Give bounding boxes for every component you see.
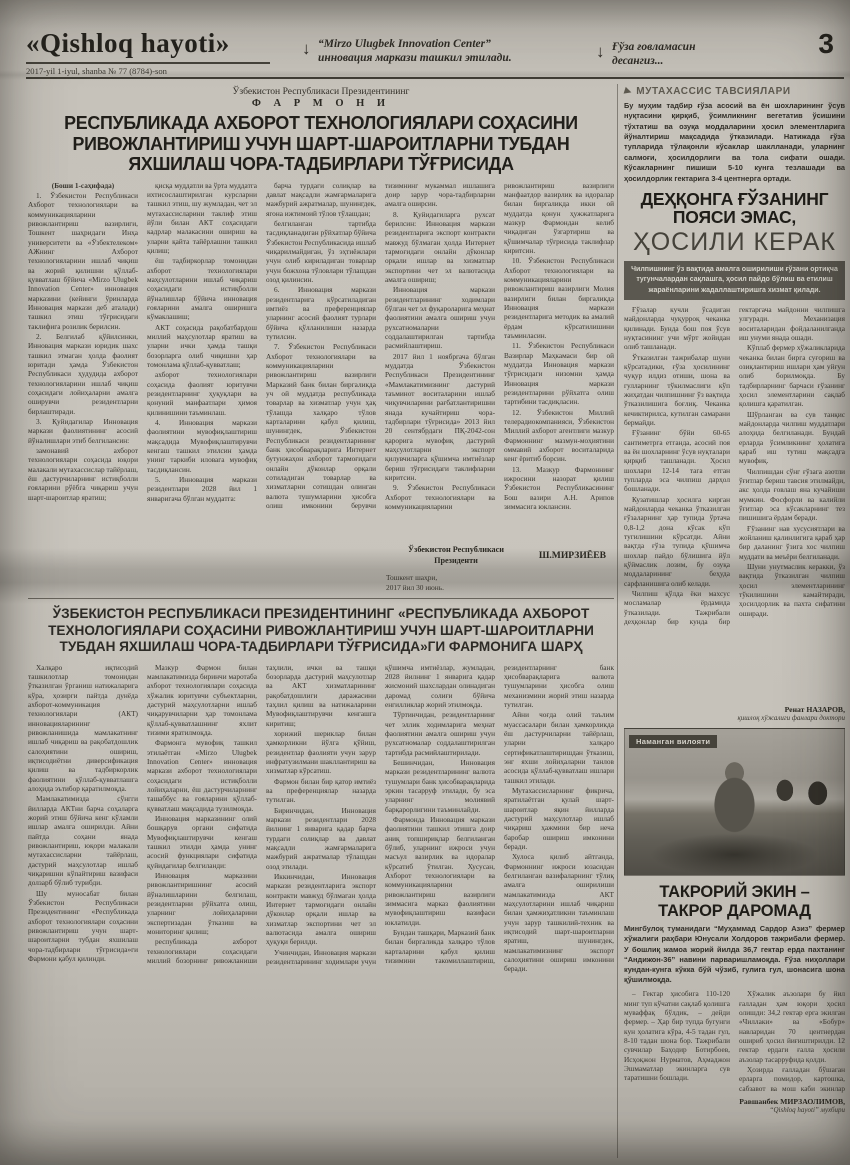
repeat-crop-byline: Равшанбек МИРЗАОЛИМОВ, “Qishloq hayoti” …	[624, 1097, 845, 1114]
teaser-line: “Mirzo Ulugbek Innovation Center”	[318, 37, 588, 51]
issue-dateline: 2017-yil 1-iyul, shanba № 77 (8784)-son	[26, 66, 288, 76]
body-paragraph: 2017 йил 1 ноябргача бўлган муддатда Ўзб…	[385, 352, 495, 483]
body-paragraph: белгиланган тартибда тасдиқланадиган рўй…	[266, 219, 376, 284]
body-paragraph: Тўртинчидан, резидентларнинг чет эллик х…	[385, 710, 495, 757]
body-paragraph: Кузатишлар ҳосилга кирган майдонларда че…	[624, 495, 730, 588]
body-paragraph: 5. Инновация маркази резидентлари 2028 й…	[147, 475, 257, 503]
decree-kicker: Ўзбекистон Республикаси Президентининг	[28, 86, 614, 97]
body-paragraph: – Гектар ҳисобига 110-120 минг туп кўчат…	[624, 989, 730, 1082]
body-paragraph: 2. Белгилаб қўйилсинки, Инновация марказ…	[28, 332, 138, 416]
body-paragraph: Биринчидан, Инновация маркази резидентла…	[266, 806, 376, 871]
advice-headline: ДЕҲҚОНГА ҒЎЗАНИНГ ПОЯСИ ЭМАС,	[624, 190, 845, 227]
byline-title: “Qishloq hayoti” мухбири	[624, 1106, 845, 1114]
advice-headline-line: ПОЯСИ ЭМАС,	[624, 208, 845, 226]
body-paragraph: Ғўзанинг нав хусусиятлари ва жойланиш қа…	[739, 524, 845, 561]
advice-byline: Ренат НАЗАРОВ, қишлоқ хўжалиги фанлари д…	[624, 705, 845, 722]
body-paragraph: қисқа муддатли ва ўрта муддатга ихтисосл…	[147, 181, 257, 256]
commentary-article: ЎЗБЕКИСТОН РЕСПУБЛИКАСИ ПРЕЗИДЕНТИНИНГ «…	[28, 598, 614, 1161]
decree-article: Ўзбекистон Республикаси Президентининг Ф…	[28, 84, 614, 598]
photo-cotton-field: Наманган вилояти	[624, 728, 845, 876]
body-paragraph: 8. Қуйидагиларга рухсат берилсин: Иннова…	[385, 210, 495, 285]
body-paragraph: Мазкур Фармон билан мамлакатимизда бирин…	[147, 663, 257, 738]
teaser-innovation-center: ↓ “Mirzo Ulugbek Innovation Center” инно…	[318, 37, 588, 66]
body-paragraph: Мамлакатимизда сўнгги йилларда АКТни бар…	[28, 794, 138, 887]
body-paragraph: замонавий ахборот технологиялари соҳасид…	[28, 446, 138, 502]
signature-title-line: Ўзбекистон Республикаси	[380, 544, 532, 555]
body-paragraph: Хулоса қилиб айтганда, Фармоннинг ижроси…	[504, 852, 614, 973]
signature-title: Ўзбекистон Республикаси Президенти	[380, 544, 532, 566]
repeat-crop-columns: – Гектар ҳисобига 110-120 минг туп кўчат…	[624, 989, 845, 1095]
body-paragraph: Халқаро иқтисодий ташкилотлар томонидан …	[28, 663, 138, 794]
advice-headline-emphasis: ҲОСИЛИ КЕРАК	[624, 228, 845, 257]
body-paragraph: Ўтказилган тажрибалар шуни кўрсатадики, …	[624, 353, 730, 428]
header-rule	[26, 77, 844, 79]
byline-name: Равшанбек МИРЗАОЛИМОВ,	[624, 1097, 845, 1106]
photo-region-badge: Наманган вилояти	[629, 735, 717, 748]
body-paragraph: Кўплаб фермер хўжаликларида чеканка била…	[739, 343, 845, 408]
arrow-icon: ▶	[623, 86, 633, 97]
teaser-line: десангиз...	[612, 54, 762, 68]
body-paragraph: ахборот технологиялари соҳасида фаолият …	[147, 370, 257, 417]
advice-lede: Бу муҳим тадбир ғўза асосий ва ён шохлар…	[624, 101, 845, 184]
repeat-crop-headline: ТАКРОРИЙ ЭКИН – ТАКРОР ДАРОМАД	[624, 883, 845, 920]
teaser-cotton: ↓ Ғўза ғовламасин десангиз...	[612, 40, 762, 69]
signature-place-date: Тошкент шаҳри, 2017 йил 30 июнь.	[386, 573, 444, 592]
signature-title-line: Президенти	[380, 555, 532, 566]
commentary-headline: ЎЗБЕКИСТОН РЕСПУБЛИКАСИ ПРЕЗИДЕНТИНИНГ «…	[43, 606, 599, 656]
sidebar: ▶ МУТАХАССИС ТАВСИЯЛАРИ Бу муҳим тадбир …	[624, 86, 845, 1114]
body-paragraph: 3. Қуйидагилар Инновация маркази фаолият…	[28, 417, 138, 445]
body-paragraph: ёш тадбиркорлар томонидан ахборот технол…	[147, 256, 257, 321]
body-paragraph: Шу муносабат билан Ўзбекистон Республика…	[28, 889, 138, 964]
signature-place: Тошкент шаҳри,	[386, 573, 444, 583]
body-paragraph: (Боши 1-саҳифада)	[28, 181, 138, 190]
body-paragraph: Айни чоғда олий таълим муассасалари била…	[504, 710, 614, 785]
body-paragraph: Шўрланган ва сув танқис майдонларда чилп…	[739, 410, 845, 466]
body-paragraph: Мутахассисларнинг фикрича, яратилаётган …	[504, 786, 614, 851]
teaser-line: инновация маркази ташкил этилади.	[318, 51, 588, 65]
repeat-headline-line: ТАКРОР ДАРОМАД	[624, 902, 845, 920]
newspaper-title: «Qishloq hayoti»	[26, 28, 288, 59]
signature-date: 2017 йил 30 июнь.	[386, 583, 444, 593]
body-paragraph: 6. Инновация маркази резидентларига кўрс…	[266, 285, 376, 341]
advice-subhead-box: Чилпишнинг ўз вақтида амалга оширилиши ғ…	[624, 261, 845, 301]
advice-headline-line: ДЕҲҚОНГА ҒЎЗАНИНГ	[624, 190, 845, 208]
rubric-expert-advice: ▶ МУТАХАССИС ТАВСИЯЛАРИ	[624, 86, 845, 97]
byline-title: қишлоқ хўжалиги фанлари доктори	[624, 714, 845, 722]
masthead-rule	[26, 62, 270, 64]
body-paragraph: 11. Ўзбекистон Республикаси Вазирлар Маҳ…	[504, 341, 614, 406]
body-paragraph: 1. Ўзбекистон Республикаси Ахборот техно…	[28, 191, 138, 331]
body-paragraph: Инновация марказини ривожлантиришнинг ас…	[147, 871, 257, 936]
byline-name: Ренат НАЗАРОВ,	[624, 705, 845, 714]
signature-name: Ш.МИРЗИЁЕВ	[539, 550, 606, 561]
body-paragraph: Бешинчидан, Инновация маркази резидентла…	[385, 758, 495, 814]
repeat-headline-line: ТАКРОРИЙ ЭКИН –	[624, 883, 845, 901]
body-paragraph: Иккинчидан, Инновация маркази резидентла…	[266, 872, 376, 947]
page-number: 3	[818, 28, 834, 60]
body-paragraph: Фармонда Инновация маркази фаолиятини та…	[385, 815, 495, 927]
column-divider	[617, 84, 618, 1158]
newspaper-page: «Qishloq hayoti» 2017-yil 1-iyul, shanba…	[0, 0, 850, 1165]
decree-body-columns: (Боши 1-саҳифада)1. Ўзбекистон Республик…	[28, 181, 614, 553]
body-paragraph: хорижий шериклар билан ҳамкорликни йўлга…	[266, 729, 376, 776]
body-paragraph: 12. Ўзбекистон Миллий телерадиокомпанияс…	[504, 408, 614, 464]
advice-body-columns: Ғўзалар кучли ўсадиган майдонларда чуқур…	[624, 305, 845, 703]
body-paragraph: АКТ соҳасида рақобатбардош миллий маҳсул…	[147, 323, 257, 370]
body-paragraph: Ғўзанинг бўйи 60-65 сантиметрга етганда,…	[624, 428, 730, 493]
rubric-label: МУТАХАССИС ТАВСИЯЛАРИ	[636, 86, 790, 97]
down-arrow-icon: ↓	[302, 38, 311, 59]
repeat-crop-lede: Мингбулоқ туманидаги “Муҳаммад Сардор Аз…	[624, 924, 845, 985]
body-paragraph: 13. Мазкур Фармоннинг ижросини назорат қ…	[504, 465, 614, 512]
body-paragraph: Фармонга мувофиқ ташкил этилаётган «Mirz…	[147, 738, 257, 813]
body-paragraph: Шуни унутмаслик керакки, ўз вақтида ўтка…	[739, 562, 845, 618]
body-paragraph: Чилпишдан сўнг ғўзага азотли ўғитлар бер…	[739, 467, 845, 523]
body-paragraph: Ғўзалар кучли ўсадиган майдонларда чуқур…	[624, 305, 730, 352]
body-paragraph: барча турдаги солиқлар ва давлат мақсадл…	[266, 181, 376, 218]
body-paragraph: Фармон билан бир қатор имтиёз ва префере…	[266, 777, 376, 805]
commentary-body-columns: Халқаро иқтисодий ташкилотлар томонидан …	[28, 663, 614, 1149]
teaser-line: Ғўза ғовламасин	[612, 40, 762, 54]
decree-headline: РЕСПУБЛИКАДА АХБОРОТ ТЕХНОЛОГИЯЛАРИ СОҲА…	[37, 113, 605, 175]
down-arrow-icon: ↓	[596, 41, 605, 62]
body-paragraph: Инновация маркази резидентларининг ходим…	[385, 285, 495, 350]
body-paragraph: Хўжалик аъзолари бу йил ғалладан ҳам юқо…	[739, 989, 845, 1064]
body-paragraph: 10. Ўзбекистон Республикаси Ахборот техн…	[504, 256, 614, 340]
body-paragraph: 4. Инновация маркази фаолиятини мувофиқл…	[147, 418, 257, 474]
body-paragraph: Инновация марказининг олий бошқарув орга…	[147, 814, 257, 870]
masthead: «Qishloq hayoti» 2017-yil 1-iyul, shanba…	[26, 28, 288, 76]
decree-type: Ф А Р М О Н И	[28, 98, 614, 109]
